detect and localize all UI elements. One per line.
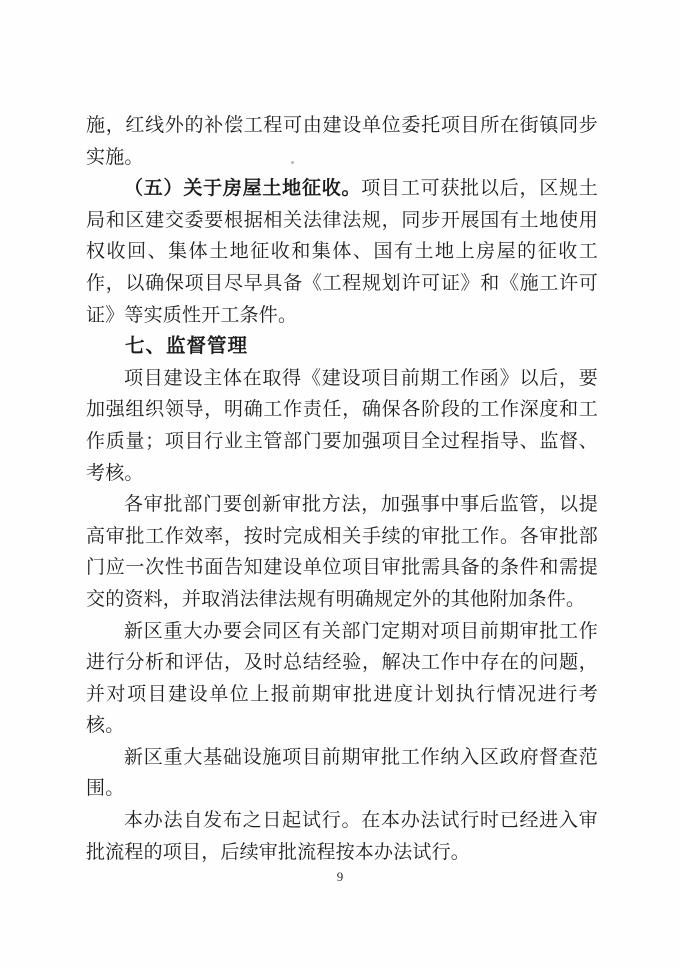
paragraph-supervision-1: 项目建设主体在取得《建设项目前期工作函》以后，要加强组织领导，明确工作责任，确保… bbox=[86, 363, 598, 489]
scan-speck bbox=[291, 161, 294, 164]
section-heading-seven: 七、监督管理 bbox=[86, 331, 598, 363]
page-number: 9 bbox=[0, 869, 680, 885]
paragraph-supervision-3: 新区重大办要会同区有关部门定期对项目前期审批工作进行分析和评估，及时总结经验，解… bbox=[86, 616, 598, 742]
document-body: 施，红线外的补偿工程可由建设单位委托项目所在街镇同步实施。 （五）关于房屋土地征… bbox=[86, 110, 598, 868]
paragraph-trial-implementation: 本办法自发布之日起试行。在本办法试行时已经进入审批流程的项目，后续审批流程按本办… bbox=[86, 805, 598, 868]
paragraph-supervision-4: 新区重大基础设施项目前期审批工作纳入区政府督查范围。 bbox=[86, 742, 598, 805]
document-page: 施，红线外的补偿工程可由建设单位委托项目所在街镇同步实施。 （五）关于房屋土地征… bbox=[0, 0, 680, 969]
paragraph-supervision-2: 各审批部门要创新审批方法，加强事中事后监管，以提高审批工作效率，按时完成相关手续… bbox=[86, 489, 598, 615]
clause-five-text: 项目工可获批以后，区规土局和区建交委要根据相关法律法规，同步开展国有土地使用权收… bbox=[86, 178, 598, 325]
paragraph-continuation: 施，红线外的补偿工程可由建设单位委托项目所在街镇同步实施。 bbox=[86, 110, 598, 173]
clause-five-heading: （五）关于房屋土地征收。 bbox=[124, 178, 361, 199]
paragraph-clause-five: （五）关于房屋土地征收。项目工可获批以后，区规土局和区建交委要根据相关法律法规，… bbox=[86, 173, 598, 331]
